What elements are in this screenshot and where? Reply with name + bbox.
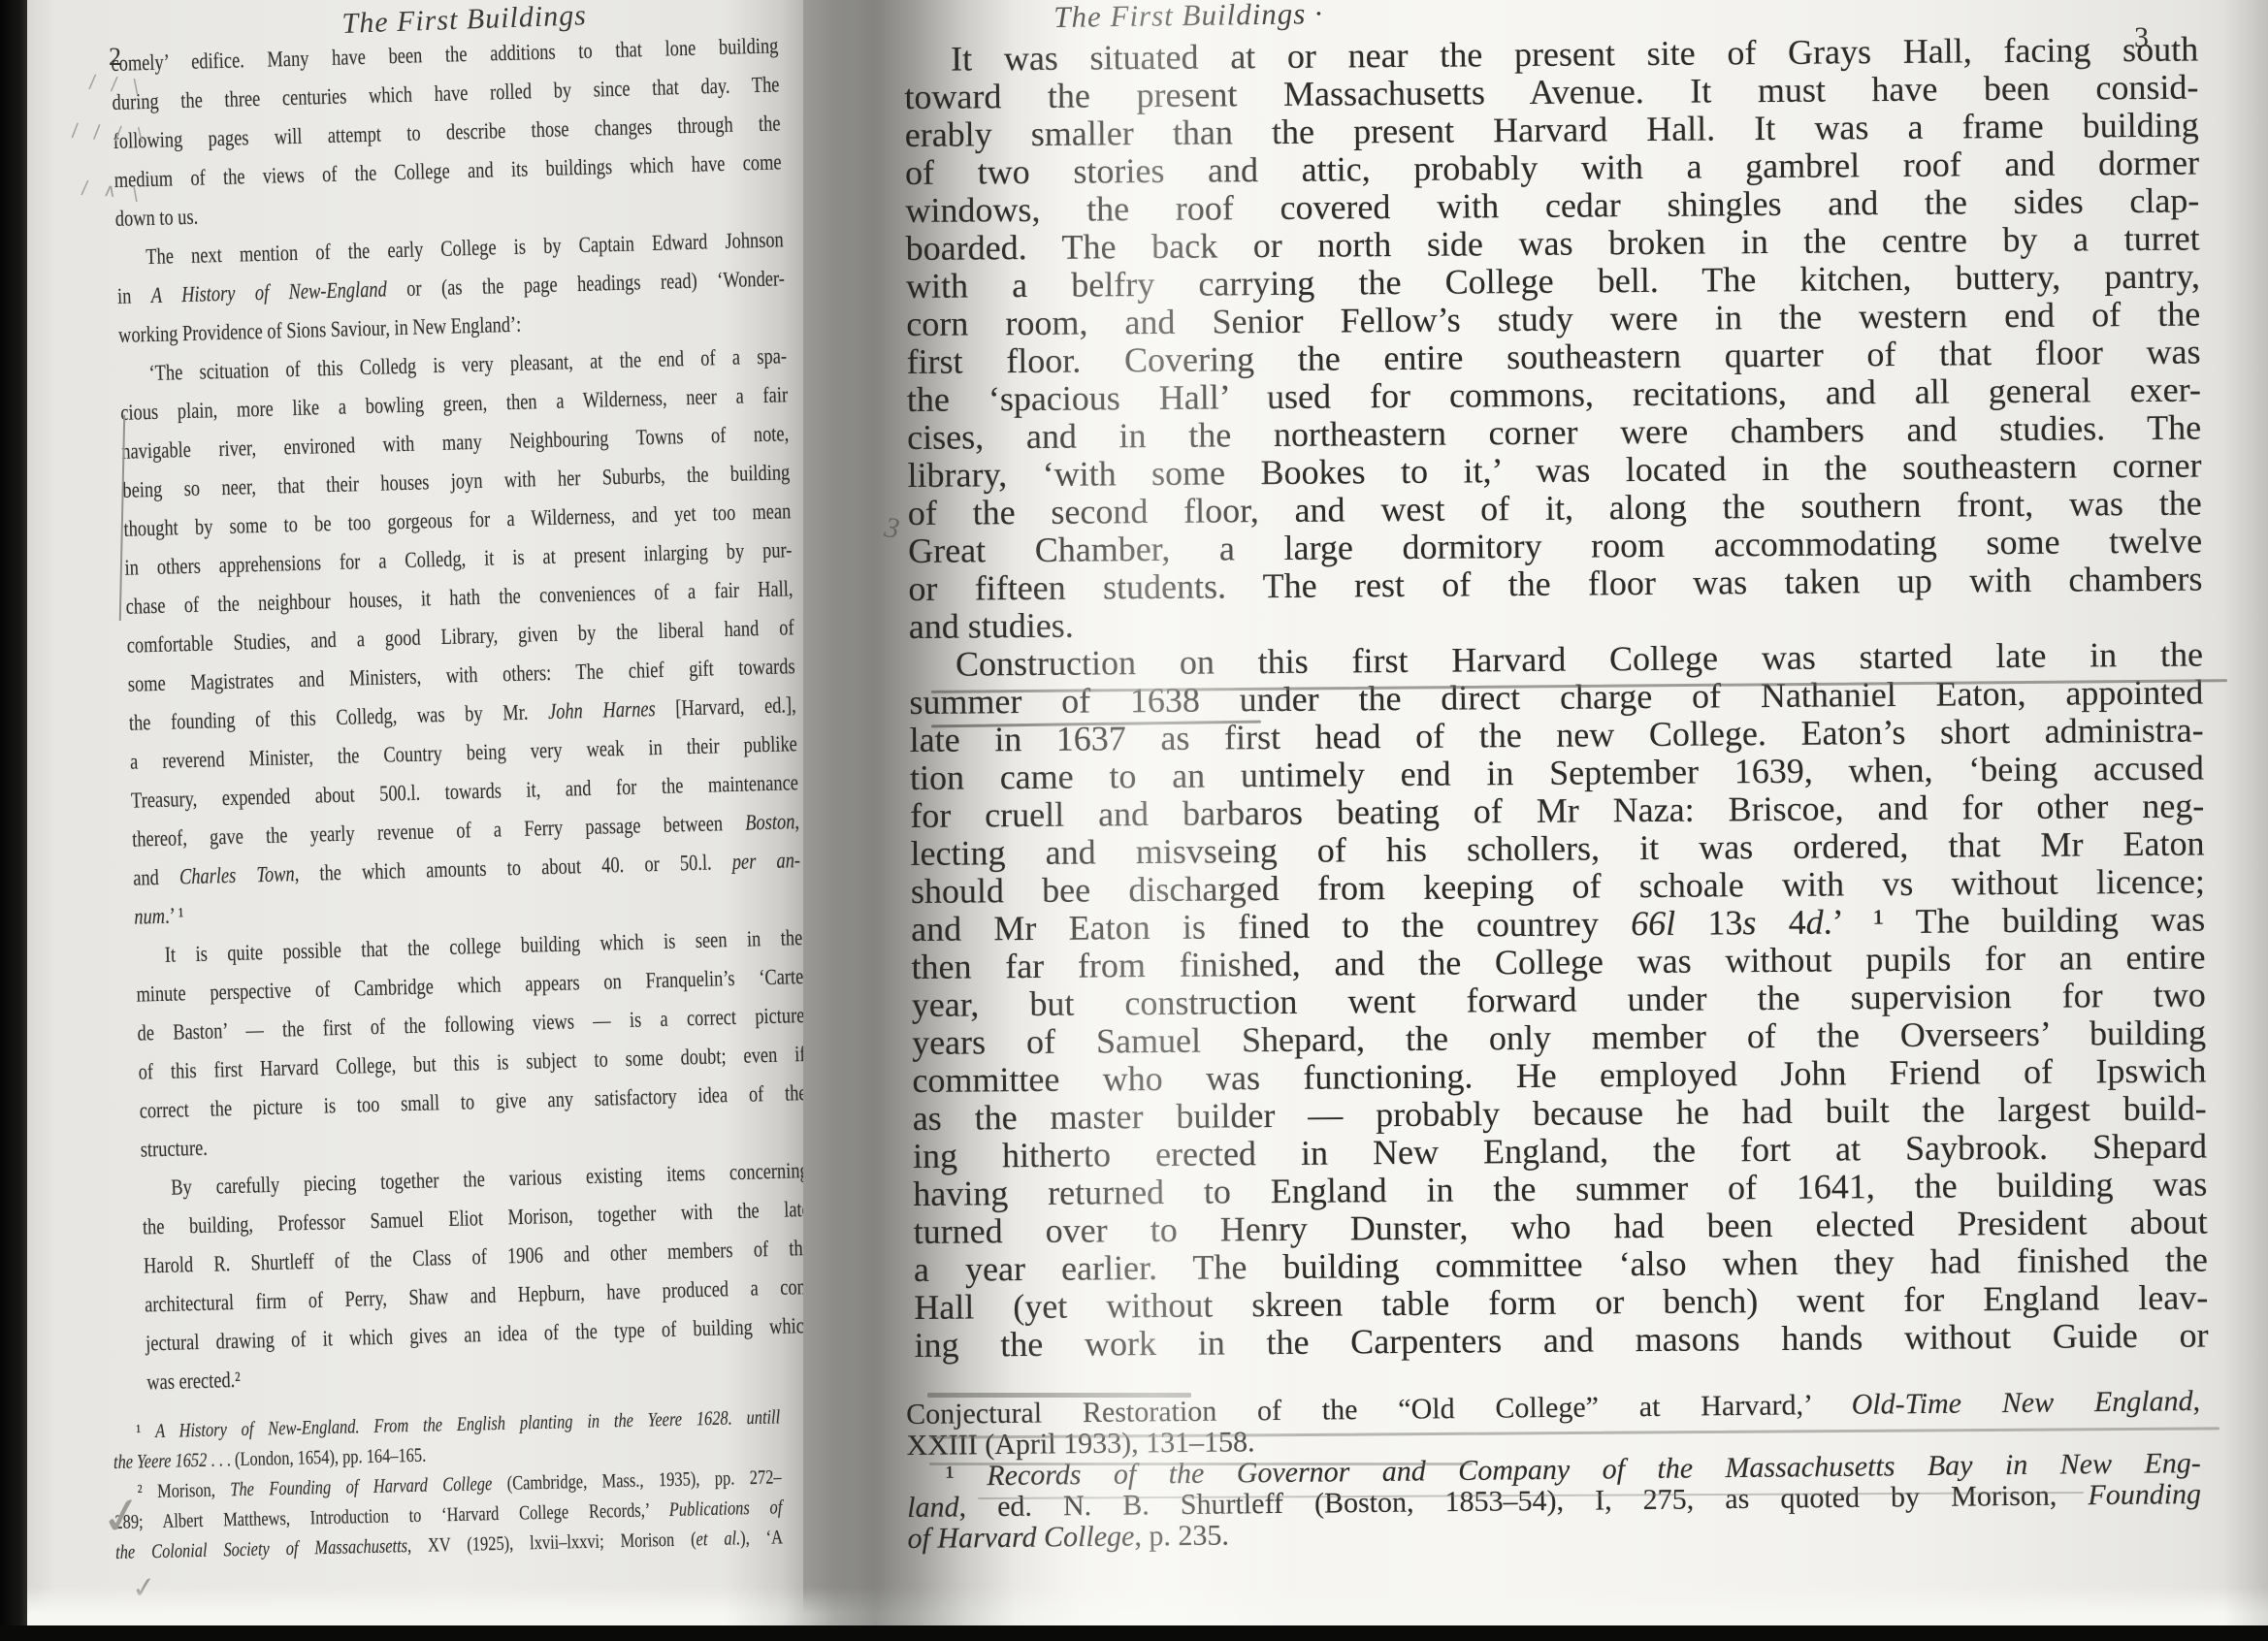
pencil-rule-footnote: [927, 1393, 1191, 1398]
right-page-footnotes: Conjectural Restoration of the “Old Coll…: [906, 1386, 2202, 1555]
page-right: The First Buildings · 3 It was situated …: [803, 0, 2268, 1625]
running-head-right: The First Buildings ·: [1053, 0, 1323, 35]
paper-background: The First Buildings 2 comely’ edifice. M…: [27, 0, 2268, 1625]
right-page-body-text: It was situated at or near the present s…: [904, 31, 2209, 1365]
pencil-checkmark-small: ✓: [130, 1570, 158, 1606]
pencil-underline-footnote-line2: [929, 1463, 1473, 1465]
left-page-footnotes: ¹ A History of New-England. From the Eng…: [113, 1402, 783, 1568]
page-left: The First Buildings 2 comely’ edifice. M…: [27, 0, 803, 1625]
scan-edge-left: [0, 0, 27, 1641]
book-scan-spread: The First Buildings 2 comely’ edifice. M…: [0, 0, 2268, 1641]
text-line: ing the work in the Carpenters and mason…: [914, 1316, 2208, 1364]
scan-edge-bottom: [0, 1625, 2268, 1641]
left-page-body-text: comely’ edifice. Many have been the addi…: [111, 26, 815, 1401]
